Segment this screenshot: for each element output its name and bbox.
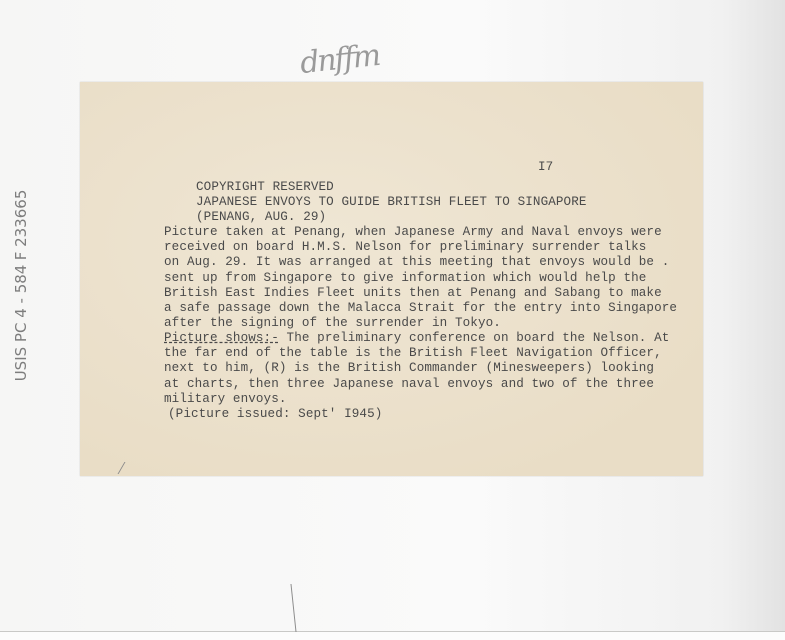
picture-shows-label: Picture shows:- — [164, 331, 279, 345]
margin-note-file-number: F 233665 — [12, 190, 30, 261]
margin-note-archive-code: USIS PC 4 - 584 — [12, 265, 30, 382]
caption-dateline: (PENANG, AUG. 29) — [196, 210, 326, 225]
photo-bottom-edge — [0, 631, 785, 640]
page-number: I7 — [538, 160, 553, 175]
caption-headline: JAPANESE ENVOYS TO GUIDE BRITISH FLEET T… — [196, 195, 587, 210]
picture-shows-paragraph: Picture shows:- The preliminary conferen… — [164, 331, 669, 407]
copyright-notice: COPYRIGHT RESERVED — [196, 180, 334, 195]
caption-body: Picture taken at Penang, when Japanese A… — [164, 225, 677, 331]
handwritten-margin-note: USIS PC 4 - 584 F 233665 — [12, 190, 30, 381]
issued-date: (Picture issued: Sept' I945) — [168, 407, 382, 422]
